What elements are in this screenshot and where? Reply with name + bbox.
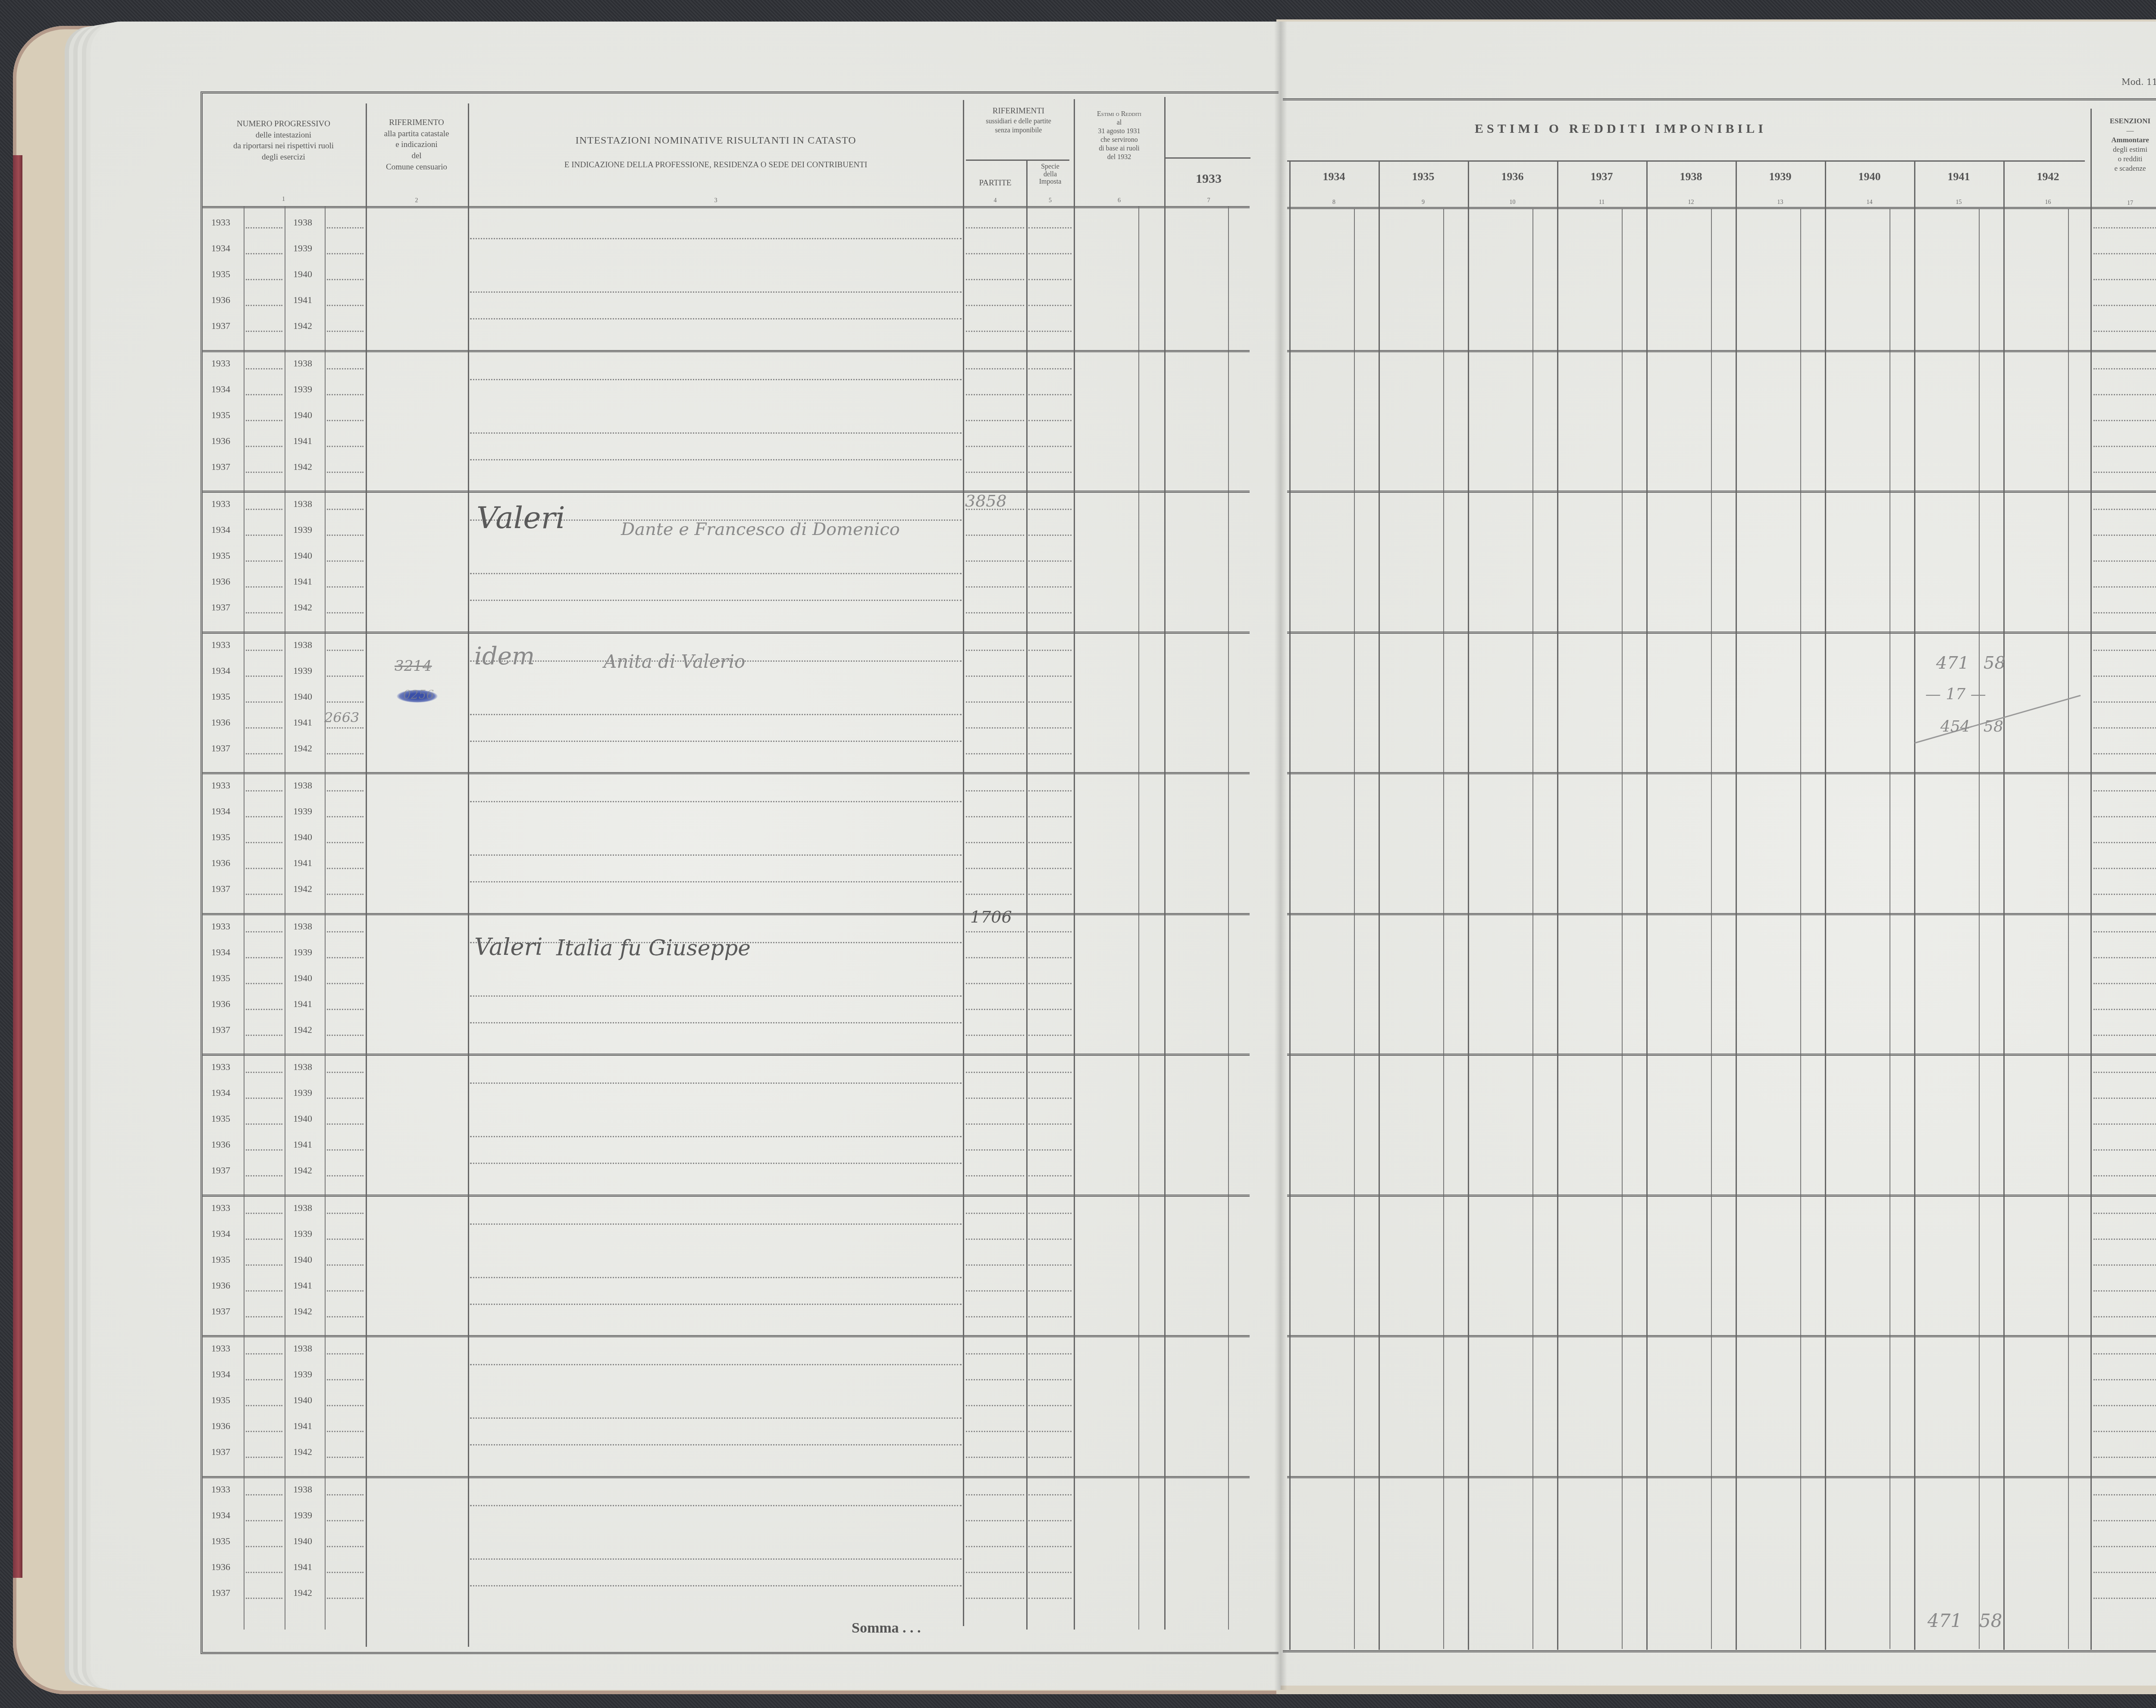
year-label-right: 1941 bbox=[293, 1280, 312, 1291]
year-label-left: 1937 bbox=[211, 1446, 230, 1458]
dotted-line bbox=[1028, 1290, 1072, 1292]
year-label-left: 1934 bbox=[211, 1087, 230, 1098]
year-label-right: 1939 bbox=[293, 1087, 312, 1098]
header-title: INTESTAZIONI NOMINATIVE RISULTANTI IN CA… bbox=[470, 134, 962, 147]
header-year: 1942 bbox=[2003, 170, 2093, 183]
dotted-line bbox=[1028, 331, 1072, 332]
dotted-line bbox=[966, 983, 1024, 984]
dotted-line bbox=[1028, 1072, 1072, 1073]
dotted-line bbox=[327, 279, 364, 280]
column-number: 17 bbox=[2092, 200, 2156, 207]
year-label-left: 1934 bbox=[211, 1510, 230, 1521]
dotted-line bbox=[1028, 1035, 1072, 1036]
entry-partite: 3858 bbox=[965, 491, 1007, 510]
dotted-line bbox=[2093, 1546, 2156, 1547]
dotted-line bbox=[1028, 1316, 1072, 1317]
header-title: NUMERO PROGRESSIVO bbox=[203, 119, 364, 130]
col-subdivider bbox=[2068, 209, 2069, 1649]
dotted-line bbox=[966, 227, 1024, 228]
year-label-right: 1941 bbox=[293, 294, 312, 306]
year-label-right: 1938 bbox=[293, 358, 312, 369]
dotted-line bbox=[2093, 1316, 2156, 1317]
year-label-right: 1939 bbox=[293, 947, 312, 958]
header-line: Comune censuario bbox=[367, 162, 467, 173]
dotted-line bbox=[966, 816, 1024, 817]
col-subdivider bbox=[1138, 207, 1139, 1630]
header-line: della bbox=[1028, 171, 1073, 178]
year-label-right: 1938 bbox=[293, 780, 312, 791]
year-label-left: 1934 bbox=[211, 665, 230, 676]
header-subtitle: E INDICAZIONE DELLA PROFESSIONE, RESIDEN… bbox=[470, 160, 962, 171]
dotted-line bbox=[1028, 1009, 1072, 1010]
dotted-line bbox=[246, 612, 282, 613]
dotted-line bbox=[470, 1277, 962, 1278]
dotted-line bbox=[966, 753, 1024, 754]
dotted-line bbox=[1028, 227, 1072, 228]
dotted-line bbox=[966, 1264, 1024, 1266]
year-label-right: 1940 bbox=[293, 973, 312, 984]
dotted-line bbox=[246, 472, 282, 473]
entry-surname: idem bbox=[474, 642, 535, 670]
header-line: da riportarsi nei rispettivi ruoli bbox=[203, 141, 364, 152]
year-label-left: 1933 bbox=[211, 1484, 230, 1495]
dotted-line bbox=[327, 586, 364, 588]
dotted-line bbox=[2093, 535, 2156, 536]
year-label-left: 1936 bbox=[211, 1280, 230, 1291]
col1-subdivider bbox=[325, 207, 326, 1630]
dotted-line bbox=[966, 1098, 1024, 1099]
block-separator-left bbox=[202, 491, 1250, 493]
dotted-line bbox=[470, 1585, 962, 1586]
dotted-line bbox=[327, 894, 364, 895]
year-label-right: 1940 bbox=[293, 269, 312, 280]
dotted-line bbox=[966, 535, 1024, 536]
dotted-line bbox=[1028, 586, 1072, 588]
year-label-right: 1939 bbox=[293, 665, 312, 676]
dotted-line bbox=[246, 253, 282, 254]
dotted-line bbox=[246, 1379, 282, 1380]
header-line: 31 agosto 1931 bbox=[1075, 127, 1163, 136]
dotted-line bbox=[2093, 816, 2156, 817]
entry-estimi-1941-net: 454 bbox=[1940, 718, 1970, 735]
year-label-right: 1939 bbox=[293, 384, 312, 395]
year-label-left: 1934 bbox=[211, 524, 230, 535]
dotted-line bbox=[470, 379, 962, 380]
column-number: 8 bbox=[1289, 199, 1379, 206]
year-label-right: 1942 bbox=[293, 1024, 312, 1035]
dotted-line bbox=[1028, 650, 1072, 651]
dotted-line bbox=[966, 1494, 1024, 1495]
dotted-line bbox=[470, 432, 962, 434]
block-separator-right bbox=[1287, 1476, 2156, 1478]
header-year: 1935 bbox=[1379, 170, 1468, 183]
year-label-right: 1942 bbox=[293, 1587, 312, 1599]
dotted-line bbox=[246, 790, 282, 791]
dotted-line bbox=[246, 1457, 282, 1458]
dotted-line bbox=[327, 1072, 364, 1073]
year-label-right: 1939 bbox=[293, 1228, 312, 1239]
header-title: RIFERIMENTI bbox=[964, 106, 1073, 117]
year-label-left: 1933 bbox=[211, 1202, 230, 1214]
dotted-line bbox=[2093, 560, 2156, 562]
year-label-right: 1940 bbox=[293, 1113, 312, 1124]
dotted-line bbox=[327, 650, 364, 651]
dotted-line bbox=[246, 1353, 282, 1355]
dotted-line bbox=[966, 1353, 1024, 1355]
dotted-line bbox=[1028, 472, 1072, 473]
dotted-line bbox=[1028, 253, 1072, 254]
dotted-line bbox=[1028, 509, 1072, 510]
block-separator-left bbox=[202, 1335, 1250, 1337]
dotted-line bbox=[2093, 842, 2156, 843]
year-label-right: 1938 bbox=[293, 921, 312, 932]
col-subdivider bbox=[1979, 209, 1980, 1649]
dotted-line bbox=[2093, 331, 2156, 332]
entry-estimi-1941: 471 bbox=[1936, 653, 1969, 673]
dotted-line bbox=[246, 816, 282, 817]
dotted-line bbox=[327, 1264, 364, 1266]
block-separator-left bbox=[202, 1054, 1250, 1056]
dotted-line bbox=[327, 472, 364, 473]
dotted-line bbox=[246, 368, 282, 369]
entry-riferimento-struck: 0256 bbox=[403, 688, 434, 702]
dotted-line bbox=[327, 1572, 364, 1573]
year-label-right: 1938 bbox=[293, 639, 312, 651]
dotted-line bbox=[327, 535, 364, 536]
dotted-line bbox=[327, 1520, 364, 1521]
header-line: e indicazioni bbox=[367, 139, 467, 150]
dotted-line bbox=[2093, 586, 2156, 588]
header-year: 1934 bbox=[1289, 170, 1379, 183]
header-line: e scadenze bbox=[2092, 164, 2156, 173]
header-line: degli esercizi bbox=[203, 152, 364, 163]
dotted-line bbox=[327, 816, 364, 817]
entry-given-names: Italia fu Giuseppe bbox=[556, 935, 751, 960]
dotted-line bbox=[1028, 1123, 1072, 1125]
dotted-line bbox=[1028, 279, 1072, 280]
dotted-line bbox=[1028, 560, 1072, 562]
dotted-line bbox=[470, 854, 962, 856]
dotted-line bbox=[2093, 983, 2156, 984]
dotted-line bbox=[327, 446, 364, 447]
dotted-line bbox=[327, 1431, 364, 1432]
dotted-line bbox=[1028, 1098, 1072, 1099]
year-label-left: 1933 bbox=[211, 217, 230, 228]
dotted-line bbox=[246, 279, 282, 280]
dotted-line bbox=[966, 305, 1024, 306]
dotted-line bbox=[246, 305, 282, 306]
entry-surname: Valeri bbox=[476, 500, 565, 535]
header-line: del 1932 bbox=[1075, 153, 1163, 162]
dotted-line bbox=[1028, 1546, 1072, 1547]
dotted-line bbox=[2093, 1290, 2156, 1292]
year-label-left: 1934 bbox=[211, 806, 230, 817]
dotted-line bbox=[246, 1290, 282, 1292]
dotted-line bbox=[246, 868, 282, 869]
year-label-right: 1942 bbox=[293, 1165, 312, 1176]
dotted-line bbox=[2093, 394, 2156, 395]
entry-estimi-1941-net-cents: 58 bbox=[1984, 718, 2003, 735]
dotted-line bbox=[246, 1405, 282, 1406]
dotted-line bbox=[966, 701, 1024, 703]
dotted-line bbox=[1028, 1239, 1072, 1240]
dotted-line bbox=[2093, 1123, 2156, 1125]
dotted-line bbox=[246, 1598, 282, 1599]
col-subdivider bbox=[1532, 209, 1533, 1649]
dotted-line bbox=[327, 931, 364, 932]
block-separator-right bbox=[1287, 491, 2156, 493]
dotted-line bbox=[1028, 1431, 1072, 1432]
year-label-right: 1941 bbox=[293, 717, 312, 728]
header-line: delle intestazioni bbox=[203, 130, 364, 141]
col-divider bbox=[2003, 160, 2005, 1650]
year-label-right: 1942 bbox=[293, 461, 312, 472]
dotted-line bbox=[246, 957, 282, 958]
dotted-line bbox=[1028, 1598, 1072, 1599]
year-label-right: 1940 bbox=[293, 1395, 312, 1406]
dotted-line bbox=[966, 279, 1024, 280]
dotted-line bbox=[327, 957, 364, 958]
dotted-line bbox=[1028, 394, 1072, 395]
dotted-line bbox=[246, 586, 282, 588]
dotted-line bbox=[2093, 1149, 2156, 1151]
dotted-line bbox=[327, 1494, 364, 1495]
col-divider bbox=[1557, 160, 1558, 1650]
dotted-line bbox=[966, 790, 1024, 791]
year-label-right: 1941 bbox=[293, 1561, 312, 1573]
year-label-right: 1942 bbox=[293, 602, 312, 613]
header-line: Specie bbox=[1028, 163, 1073, 171]
dotted-line bbox=[246, 1264, 282, 1266]
dotted-line bbox=[966, 1546, 1024, 1547]
year-label-left: 1933 bbox=[211, 498, 230, 510]
dotted-line bbox=[327, 1316, 364, 1317]
year-label-right: 1941 bbox=[293, 998, 312, 1010]
dotted-line bbox=[470, 291, 962, 293]
dotted-line bbox=[470, 238, 962, 239]
dotted-line bbox=[966, 1035, 1024, 1036]
dotted-line bbox=[966, 394, 1024, 395]
dotted-line bbox=[1028, 368, 1072, 369]
entry-riferimento-2: 2663 bbox=[324, 709, 359, 726]
dotted-line bbox=[470, 1022, 962, 1023]
left-table-frame bbox=[201, 91, 1279, 1654]
header-title: PARTITE bbox=[964, 178, 1026, 189]
column-number: 5 bbox=[1028, 197, 1073, 204]
dotted-line bbox=[2093, 509, 2156, 510]
dotted-line bbox=[327, 1546, 364, 1547]
dotted-line bbox=[966, 253, 1024, 254]
dotted-line bbox=[1028, 1264, 1072, 1266]
dotted-line bbox=[470, 1136, 962, 1137]
year-label-left: 1934 bbox=[211, 243, 230, 254]
column-number: 2 bbox=[367, 197, 467, 204]
header-year: 1938 bbox=[1646, 170, 1736, 183]
col-subdivider bbox=[1443, 209, 1444, 1649]
dotted-line bbox=[2093, 612, 2156, 613]
entry-surname: Valeri bbox=[474, 933, 543, 960]
header-line: che servirono bbox=[1075, 136, 1163, 144]
year-label-left: 1937 bbox=[211, 1165, 230, 1176]
rule bbox=[966, 160, 1069, 161]
dotted-line bbox=[327, 509, 364, 510]
year-label-right: 1942 bbox=[293, 883, 312, 895]
header-year-1933: 1933 bbox=[1166, 172, 1252, 186]
dotted-line bbox=[327, 842, 364, 843]
year-label-right: 1938 bbox=[293, 1061, 312, 1073]
dotted-line bbox=[1028, 1149, 1072, 1151]
year-label-left: 1935 bbox=[211, 1113, 230, 1124]
dotted-line bbox=[470, 1505, 962, 1506]
estimi-title-rule bbox=[1287, 160, 2085, 162]
dotted-line bbox=[2093, 868, 2156, 869]
column-number: 16 bbox=[2003, 199, 2093, 206]
header-line: di base ai ruoli bbox=[1075, 144, 1163, 153]
dotted-line bbox=[327, 1035, 364, 1036]
column-number: 15 bbox=[1914, 199, 2003, 206]
block-separator-left bbox=[202, 913, 1250, 915]
dotted-line bbox=[246, 1175, 282, 1176]
year-label-left: 1935 bbox=[211, 1536, 230, 1547]
dotted-line bbox=[966, 1405, 1024, 1406]
header-line: o redditi bbox=[2092, 154, 2156, 164]
dotted-line bbox=[246, 1072, 282, 1073]
col-divider bbox=[1074, 99, 1075, 1630]
entry-riferimento: 3214 bbox=[395, 657, 432, 675]
dotted-line bbox=[246, 1213, 282, 1214]
year-label-left: 1935 bbox=[211, 550, 230, 561]
dotted-line bbox=[246, 446, 282, 447]
column-number: 10 bbox=[1468, 199, 1557, 206]
dotted-line bbox=[1028, 868, 1072, 869]
dotted-line bbox=[966, 842, 1024, 843]
dotted-line bbox=[966, 1520, 1024, 1521]
dotted-line bbox=[246, 1239, 282, 1240]
header-title: ESENZIONI bbox=[2092, 116, 2156, 126]
year-label-left: 1935 bbox=[211, 269, 230, 280]
dotted-line bbox=[2093, 931, 2156, 932]
header-riferimento: RIFERIMENTO alla partita catastale e ind… bbox=[367, 117, 467, 172]
dotted-line bbox=[246, 842, 282, 843]
dotted-line bbox=[246, 894, 282, 895]
year-label-left: 1934 bbox=[211, 1369, 230, 1380]
column-number: 14 bbox=[1825, 199, 1914, 206]
dotted-line bbox=[246, 701, 282, 703]
dotted-line bbox=[327, 676, 364, 677]
dotted-line bbox=[246, 1035, 282, 1036]
year-label-right: 1939 bbox=[293, 1369, 312, 1380]
dotted-line bbox=[966, 446, 1024, 447]
dotted-line bbox=[966, 1316, 1024, 1317]
year-label-left: 1937 bbox=[211, 743, 230, 754]
year-label-left: 1935 bbox=[211, 973, 230, 984]
dotted-line bbox=[327, 753, 364, 754]
year-label-left: 1937 bbox=[211, 1587, 230, 1599]
column-number: 1 bbox=[203, 196, 364, 203]
dotted-line bbox=[966, 650, 1024, 651]
dotted-line bbox=[966, 1123, 1024, 1125]
dotted-line bbox=[327, 253, 364, 254]
year-label-right: 1940 bbox=[293, 1254, 312, 1265]
dotted-line bbox=[1028, 727, 1072, 729]
dotted-line bbox=[2093, 1072, 2156, 1073]
col-divider bbox=[468, 103, 469, 1647]
dotted-line bbox=[966, 1149, 1024, 1151]
dotted-line bbox=[1028, 1494, 1072, 1495]
col-divider bbox=[1646, 160, 1648, 1650]
year-label-right: 1938 bbox=[293, 1343, 312, 1354]
dotted-line bbox=[1028, 790, 1072, 791]
dotted-line bbox=[470, 1364, 962, 1365]
col-divider bbox=[1164, 97, 1166, 1630]
header-line: Estimi o Redditi bbox=[1075, 110, 1163, 119]
col-divider bbox=[2090, 109, 2092, 1650]
dotted-line bbox=[246, 1546, 282, 1547]
dotted-line bbox=[246, 1098, 282, 1099]
dotted-line bbox=[2093, 253, 2156, 254]
block-separator-left bbox=[202, 1195, 1250, 1197]
col1-subdivider bbox=[285, 207, 285, 1630]
estimi-title: ESTIMI O REDDITI IMPONIBILI bbox=[1475, 122, 1767, 136]
dotted-line bbox=[1028, 894, 1072, 895]
dotted-line bbox=[246, 331, 282, 332]
dotted-line bbox=[1028, 446, 1072, 447]
dotted-line bbox=[470, 459, 962, 460]
year-label-left: 1937 bbox=[211, 461, 230, 472]
dotted-line bbox=[327, 868, 364, 869]
dotted-line bbox=[966, 472, 1024, 473]
dotted-line bbox=[2093, 1353, 2156, 1355]
dotted-line bbox=[966, 957, 1024, 958]
block-separator-left bbox=[202, 772, 1250, 774]
column-number: 3 bbox=[470, 197, 962, 204]
year-label-left: 1935 bbox=[211, 691, 230, 702]
dotted-line bbox=[1028, 1572, 1072, 1573]
dotted-line bbox=[327, 1405, 364, 1406]
dotted-line bbox=[966, 1598, 1024, 1599]
col-subdivider bbox=[1890, 209, 1890, 1649]
header-riferimenti-sussidiari: RIFERIMENTI sussidiari e delle partite s… bbox=[964, 106, 1073, 135]
dotted-line bbox=[2093, 1035, 2156, 1036]
header-line: al bbox=[1075, 119, 1163, 127]
dotted-line bbox=[327, 983, 364, 984]
dotted-line bbox=[2093, 1239, 2156, 1240]
block-separator-right bbox=[1287, 913, 2156, 915]
dotted-line bbox=[2093, 790, 2156, 791]
year-label-left: 1937 bbox=[211, 1024, 230, 1035]
year-label-left: 1936 bbox=[211, 435, 230, 447]
year-label-right: 1942 bbox=[293, 320, 312, 332]
dotted-line bbox=[470, 1082, 962, 1084]
dotted-line bbox=[246, 535, 282, 536]
dotted-line bbox=[246, 931, 282, 932]
dotted-line bbox=[1028, 676, 1072, 677]
block-separator-left bbox=[202, 632, 1250, 634]
dotted-line bbox=[966, 586, 1024, 588]
col-subdivider bbox=[1622, 209, 1623, 1649]
header-line: Imposta bbox=[1028, 178, 1073, 186]
dotted-line bbox=[1028, 753, 1072, 754]
header-year: 1941 bbox=[1914, 170, 2003, 183]
col-divider bbox=[1736, 160, 1737, 1650]
dotted-line bbox=[327, 227, 364, 228]
dotted-line bbox=[470, 801, 962, 802]
year-label-left: 1933 bbox=[211, 1061, 230, 1073]
year-label-left: 1935 bbox=[211, 1254, 230, 1265]
col-subdivider bbox=[1228, 207, 1229, 1630]
year-label-right: 1941 bbox=[293, 576, 312, 587]
dotted-line bbox=[2093, 279, 2156, 280]
